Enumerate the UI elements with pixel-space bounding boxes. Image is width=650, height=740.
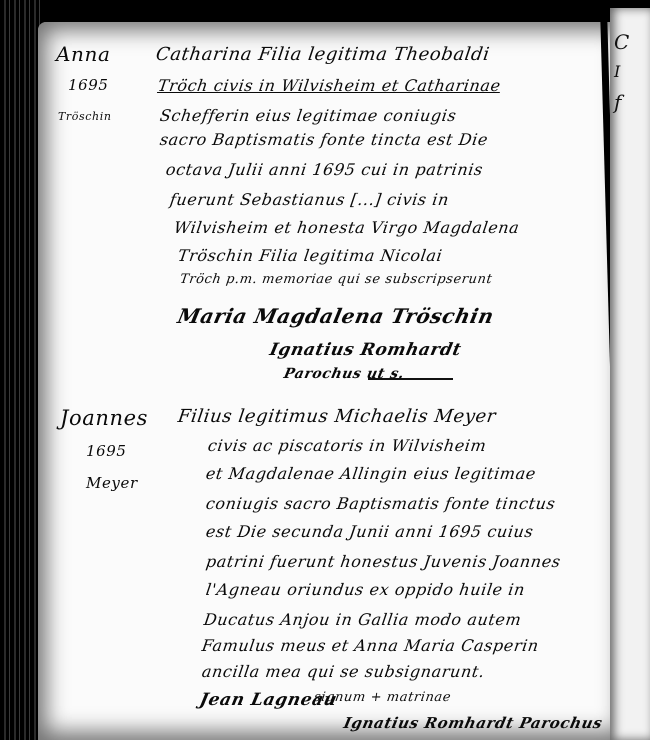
entry1-line-9: Tröch p.m. memoriae qui se subscripserun… <box>179 272 493 287</box>
margin-year-2: 1695 <box>86 442 127 460</box>
signature-godmother: Maria Magdalena Tröschin <box>175 304 496 328</box>
entry2-line-8: Ducatus Anjou in Gallia modo autem <box>203 610 523 629</box>
facing-page-fragment: I <box>614 62 620 81</box>
facing-page-fragment: C <box>614 30 629 54</box>
facing-page-fragment: f <box>614 90 621 114</box>
signature-godmother-mark: signum + matrinae <box>313 690 452 705</box>
book-edge-pages <box>0 0 42 740</box>
margin-surname: Tröschin <box>58 110 112 123</box>
signature-priest: Ignatius Romhardt <box>268 340 463 360</box>
margin-name-joannes: Joannes <box>60 406 148 430</box>
entry1-line-6: fuerunt Sebastianus [...] civis in <box>169 190 451 209</box>
entry1-line-7: Wilvisheim et honesta Virgo Magdalena <box>173 218 521 237</box>
signature-priest-2: Ignatius Romhardt Parochus <box>342 714 604 732</box>
margin-name-anna: Anna <box>56 42 111 66</box>
entry2-line-6: patrini fuerunt honestus Juvenis Joannes <box>205 552 562 571</box>
entry2-line-3: et Magdalenae Allingin eius legitimae <box>205 464 538 483</box>
margin-year: 1695 <box>68 76 109 94</box>
entry2-line-4: coniugis sacro Baptismatis fonte tinctus <box>205 494 557 513</box>
facing-page-edge: C I f <box>610 8 650 740</box>
entry1-line-5: octava Julii anni 1695 cui in patrinis <box>165 160 485 179</box>
entry2-line-9: Famulus meus et Anna Maria Casperin <box>201 636 541 655</box>
entry2-line-10: ancilla mea qui se subsignarunt. <box>201 662 486 681</box>
entry1-line-1: Catharina Filia legitima Theobaldi <box>155 44 492 65</box>
entry1-line-3: Schefferin eius legitimae coniugis <box>159 106 458 125</box>
entry2-line-1: Filius legitimus Michaelis Meyer <box>177 406 498 427</box>
entry1-line-8: Tröschin Filia legitima Nicolai <box>177 246 444 265</box>
entry1-line-4: sacro Baptismatis fonte tincta est Die <box>159 130 490 149</box>
register-page: Anna 1695 Tröschin Catharina Filia legit… <box>38 22 628 740</box>
margin-surname-2: Meyer <box>86 474 138 492</box>
entry2-line-2: civis ac piscatoris in Wilvisheim <box>207 436 488 455</box>
entry2-line-5: est Die secunda Junii anni 1695 cuius <box>205 522 535 541</box>
entry1-line-2: Tröch civis in Wilvisheim et Catharinae <box>157 76 502 95</box>
separator-line <box>368 378 453 380</box>
entry2-line-7: l'Agneau oriundus ex oppido huile in <box>205 580 527 599</box>
